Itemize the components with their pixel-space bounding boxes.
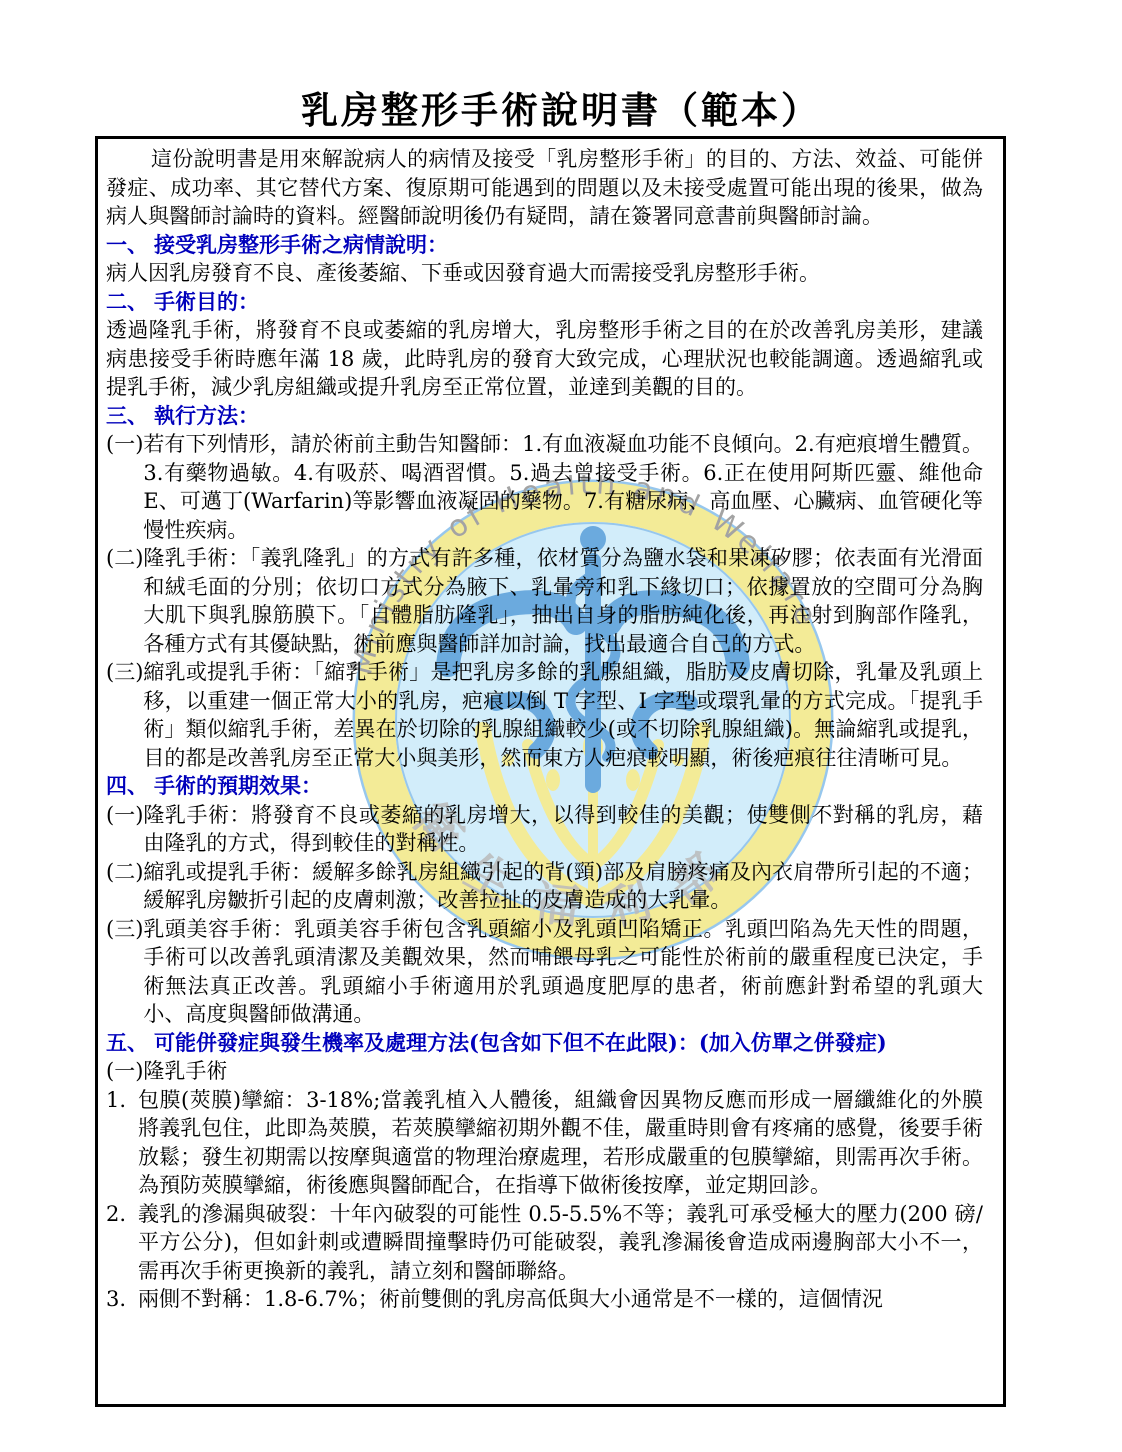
intro-paragraph: 這份說明書是用來解說病人的病情及接受「乳房整形手術」的目的、方法、效益、可能併發…	[106, 145, 983, 231]
section-1-number: 一、	[106, 231, 154, 260]
numbered-text: 包膜(莢膜)攣縮：3-18%;當義乳植入人體後，組織會因異物反應而形成一層纖維化…	[138, 1086, 983, 1200]
section-4-heading: 四、手術的預期效果：	[106, 772, 983, 801]
item-marker: (一)	[106, 1057, 143, 1086]
item-text: 隆乳手術：將發育不良或萎縮的乳房增大，以得到較佳的美觀；使雙側不對稱的乳房，藉由…	[143, 801, 983, 858]
section-4-item-1: (一)隆乳手術：將發育不良或萎縮的乳房增大，以得到較佳的美觀；使雙側不對稱的乳房…	[106, 801, 983, 858]
section-1-heading: 一、接受乳房整形手術之病情說明：	[106, 231, 983, 260]
item-text: 縮乳或提乳手術：緩解多餘乳房組織引起的背(頸)部及肩膀疼痛及內衣肩帶所引起的不適…	[143, 858, 983, 915]
section-4-item-3: (三)乳頭美容手術：乳頭美容手術包含乳頭縮小及乳頭凹陷矯正。乳頭凹陷為先天性的問…	[106, 915, 983, 1029]
section-4-number: 四、	[106, 772, 154, 801]
section-3-heading: 三、執行方法：	[106, 402, 983, 431]
section-3-item-1: (一)若有下列情形，請於術前主動告知醫師：1.有血液凝血功能不良傾向。2.有疤痕…	[106, 430, 983, 544]
item-marker: (二)	[106, 858, 143, 915]
item-text: 若有下列情形，請於術前主動告知醫師：1.有血液凝血功能不良傾向。2.有疤痕增生體…	[143, 430, 983, 544]
item-text: 隆乳手術	[143, 1057, 983, 1086]
number-marker: 2.	[106, 1200, 138, 1286]
item-marker: (一)	[106, 801, 143, 858]
document-page: { "doc": { "title": "乳房整形手術說明書（範本）", "in…	[0, 0, 1122, 1452]
section-5-title: 可能併發症與發生機率及處理方法(包含如下但不在此限)：(加入仿單之併發症)	[154, 1030, 887, 1055]
section-5-numbered-3: 3.兩側不對稱：1.8-6.7%；術前雙側的乳房高低與大小通常是不一樣的，這個情…	[106, 1285, 983, 1314]
section-5-numbered-1: 1.包膜(莢膜)攣縮：3-18%;當義乳植入人體後，組織會因異物反應而形成一層纖…	[106, 1086, 983, 1200]
item-text: 縮乳或提乳手術：「縮乳手術」是把乳房多餘的乳腺組織，脂肪及皮膚切除，乳暈及乳頭上…	[143, 658, 983, 772]
section-3-title: 執行方法：	[154, 403, 259, 428]
section-2-title: 手術目的：	[154, 289, 259, 314]
item-marker: (三)	[106, 915, 143, 1029]
document-border-box: 這份說明書是用來解說病人的病情及接受「乳房整形手術」的目的、方法、效益、可能併發…	[95, 136, 1006, 1407]
section-1-title: 接受乳房整形手術之病情說明：	[154, 232, 448, 257]
numbered-text: 義乳的滲漏與破裂：十年內破裂的可能性 0.5-5.5%不等；義乳可承受極大的壓力…	[138, 1200, 983, 1286]
section-5-heading: 五、可能併發症與發生機率及處理方法(包含如下但不在此限)：(加入仿單之併發症)	[106, 1029, 983, 1058]
item-text: 乳頭美容手術：乳頭美容手術包含乳頭縮小及乳頭凹陷矯正。乳頭凹陷為先天性的問題，手…	[143, 915, 983, 1029]
section-4-item-2: (二)縮乳或提乳手術：緩解多餘乳房組織引起的背(頸)部及肩膀疼痛及內衣肩帶所引起…	[106, 858, 983, 915]
section-5-subitem-1: (一)隆乳手術	[106, 1057, 983, 1086]
section-3-number: 三、	[106, 402, 154, 431]
item-marker: (三)	[106, 658, 143, 772]
page-title: 乳房整形手術說明書（範本）	[0, 80, 1122, 134]
item-text: 隆乳手術：「義乳隆乳」的方式有許多種，依材質分為鹽水袋和果凍矽膠；依表面有光滑面…	[143, 544, 983, 658]
item-marker: (一)	[106, 430, 143, 544]
section-2-body: 透過隆乳手術，將發育不良或萎縮的乳房增大，乳房整形手術之目的在於改善乳房美形，建…	[106, 316, 983, 402]
number-marker: 1.	[106, 1086, 138, 1200]
numbered-text: 兩側不對稱：1.8-6.7%；術前雙側的乳房高低與大小通常是不一樣的，這個情況	[138, 1285, 983, 1314]
section-5-numbered-2: 2.義乳的滲漏與破裂：十年內破裂的可能性 0.5-5.5%不等；義乳可承受極大的…	[106, 1200, 983, 1286]
number-marker: 3.	[106, 1285, 138, 1314]
section-4-title: 手術的預期效果：	[154, 773, 322, 798]
section-1-body: 病人因乳房發育不良、產後萎縮、下垂或因發育過大而需接受乳房整形手術。	[106, 259, 983, 288]
section-2-number: 二、	[106, 288, 154, 317]
section-3-item-3: (三)縮乳或提乳手術：「縮乳手術」是把乳房多餘的乳腺組織，脂肪及皮膚切除，乳暈及…	[106, 658, 983, 772]
section-5-number: 五、	[106, 1029, 154, 1058]
section-2-heading: 二、手術目的：	[106, 288, 983, 317]
item-marker: (二)	[106, 544, 143, 658]
section-3-item-2: (二)隆乳手術：「義乳隆乳」的方式有許多種，依材質分為鹽水袋和果凍矽膠；依表面有…	[106, 544, 983, 658]
